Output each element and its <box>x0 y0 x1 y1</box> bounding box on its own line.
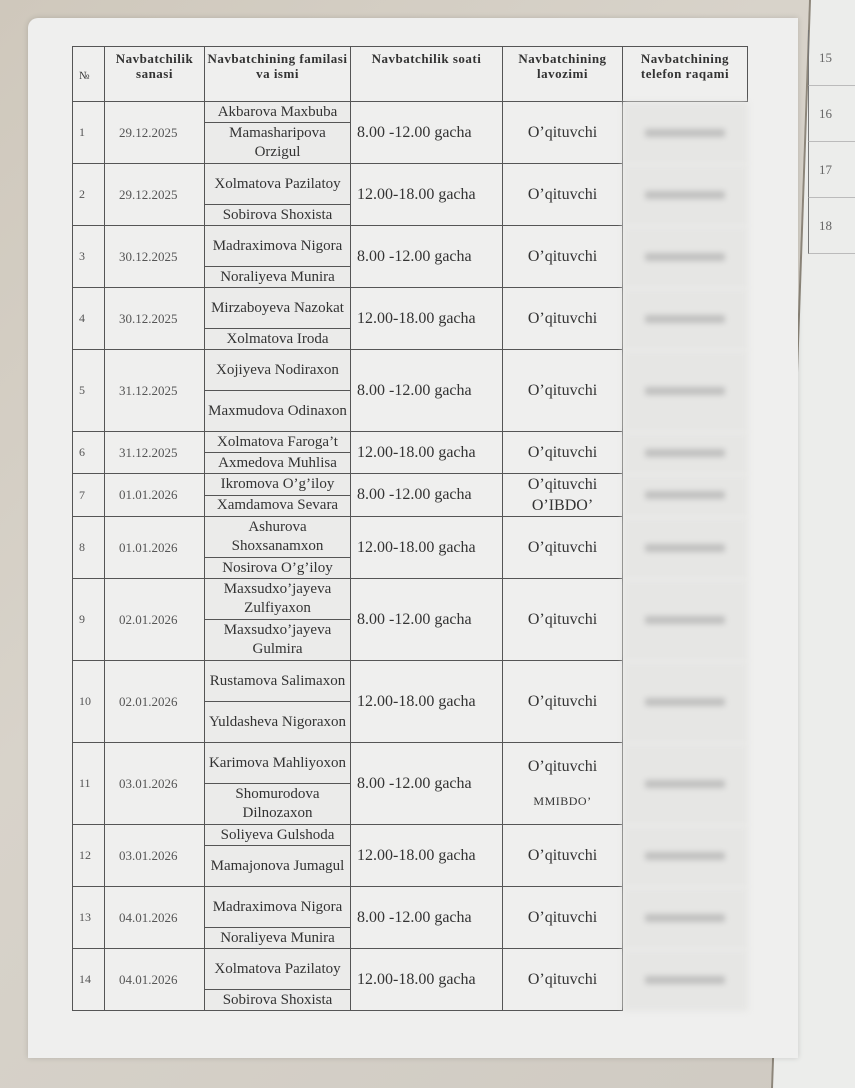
duty-hours: 8.00 -12.00 gacha <box>351 102 503 164</box>
duty-schedule-table: № Navbatchilik sanasi Navbatchining fami… <box>72 46 748 1011</box>
duty-date: 02.01.2026 <box>105 579 205 661</box>
duty-person-name: Sobirova Shoxista <box>205 990 351 1011</box>
table-row: 129.12.2025Akbarova Maxbuba8.00 -12.00 g… <box>73 102 748 123</box>
duty-hours: 8.00 -12.00 gacha <box>351 350 503 432</box>
duty-date: 04.01.2026 <box>105 949 205 1011</box>
duty-position: O’qituvchi <box>503 102 623 164</box>
duty-person-name: Noraliyeva Munira <box>205 267 351 288</box>
duty-person-name: Mirzaboyeva Nazokat <box>205 288 351 329</box>
table-row: 801.01.2026Ashurova Shoxsanamxon12.00-18… <box>73 517 748 558</box>
duty-person-name: Soliyeva Gulshoda <box>205 825 351 846</box>
phone-number-blurred <box>623 226 748 288</box>
duty-hours: 12.00-18.00 gacha <box>351 949 503 1011</box>
phone-number-blurred <box>623 350 748 432</box>
redacted-phone <box>645 780 725 788</box>
duty-person-name: Xolmatova Faroga’t <box>205 432 351 453</box>
table-row: 1103.01.2026Karimova Mahliyoxon8.00 -12.… <box>73 743 748 784</box>
duty-hours: 12.00-18.00 gacha <box>351 517 503 579</box>
duty-person-name: Xolmatova Iroda <box>205 329 351 350</box>
position-label: O’IBDO’ <box>505 495 620 516</box>
table-row: 1404.01.2026Xolmatova Pazilatoy12.00-18.… <box>73 949 748 990</box>
duty-person-name: Ashurova Shoxsanamxon <box>205 517 351 558</box>
duty-position: O’qituvchiO’IBDO’ <box>503 474 623 517</box>
redacted-phone <box>645 698 725 706</box>
redacted-phone <box>645 976 725 984</box>
duty-person-name: Mamasharipova Orzigul <box>205 123 351 164</box>
duty-hours: 8.00 -12.00 gacha <box>351 887 503 949</box>
back-row-number: 18 <box>808 198 855 254</box>
phone-number-blurred <box>623 949 748 1011</box>
table-row: 902.01.2026Maxsudxo’jayeva Zulfiyaxon8.0… <box>73 579 748 620</box>
duty-date: 30.12.2025 <box>105 288 205 350</box>
phone-number-blurred <box>623 102 748 164</box>
duty-date: 30.12.2025 <box>105 226 205 288</box>
row-number: 8 <box>73 517 105 579</box>
back-row-number: 17 <box>808 142 855 198</box>
position-label: O’qituvchi <box>505 845 620 866</box>
header-hours: Navbatchilik soati <box>351 47 503 102</box>
duty-person-name: Xamdamova Sevara <box>205 495 351 517</box>
redacted-phone <box>645 914 725 922</box>
back-row-number: 15 <box>808 30 855 86</box>
duty-person-name: Rustamova Salimaxon <box>205 661 351 702</box>
position-label: O’qituvchi <box>505 246 620 267</box>
position-label: O’qituvchi <box>505 380 620 401</box>
duty-position: O’qituvchi <box>503 887 623 949</box>
redacted-phone <box>645 387 725 395</box>
position-label: O’qituvchi <box>505 691 620 712</box>
row-number: 1 <box>73 102 105 164</box>
duty-position: O’qituvchiMMIBDO’ <box>503 743 623 825</box>
duty-position: O’qituvchi <box>503 825 623 887</box>
duty-person-name: Ikromova O’g’iloy <box>205 474 351 496</box>
redacted-phone <box>645 129 725 137</box>
position-label: O’qituvchi <box>505 474 620 495</box>
duty-person-name: Karimova Mahliyoxon <box>205 743 351 784</box>
position-label: O’qituvchi <box>505 969 620 990</box>
position-label: O’qituvchi <box>505 442 620 463</box>
row-number: 14 <box>73 949 105 1011</box>
duty-person-name: Maxsudxo’jayeva Zulfiyaxon <box>205 579 351 620</box>
duty-person-name: Shomurodova Dilnozaxon <box>205 784 351 825</box>
background-sheet-table: 15 16 17 18 <box>808 30 855 254</box>
table-row: 1203.01.2026Soliyeva Gulshoda12.00-18.00… <box>73 825 748 846</box>
position-label: O’qituvchi <box>505 537 620 558</box>
duty-hours: 8.00 -12.00 gacha <box>351 579 503 661</box>
duty-hours: 12.00-18.00 gacha <box>351 432 503 474</box>
duty-date: 31.12.2025 <box>105 432 205 474</box>
duty-person-name: Xolmatova Pazilatoy <box>205 949 351 990</box>
table-row: 631.12.2025Xolmatova Faroga’t12.00-18.00… <box>73 432 748 453</box>
redacted-phone <box>645 491 725 499</box>
table-row: 701.01.2026Ikromova O’g’iloy8.00 -12.00 … <box>73 474 748 496</box>
table-row: 330.12.2025Madraximova Nigora8.00 -12.00… <box>73 226 748 267</box>
duty-person-name: Yuldasheva Nigoraxon <box>205 702 351 743</box>
phone-number-blurred <box>623 661 748 743</box>
duty-position: O’qituvchi <box>503 517 623 579</box>
table-row: 1304.01.2026Madraximova Nigora8.00 -12.0… <box>73 887 748 928</box>
duty-person-name: Maxsudxo’jayeva Gulmira <box>205 620 351 661</box>
row-number: 4 <box>73 288 105 350</box>
table-row: 531.12.2025Xojiyeva Nodiraxon8.00 -12.00… <box>73 350 748 391</box>
duty-date: 29.12.2025 <box>105 164 205 226</box>
phone-number-blurred <box>623 517 748 579</box>
duty-position: O’qituvchi <box>503 350 623 432</box>
duty-hours: 8.00 -12.00 gacha <box>351 743 503 825</box>
table-header-row: № Navbatchilik sanasi Navbatchining fami… <box>73 47 748 102</box>
duty-hours: 12.00-18.00 gacha <box>351 288 503 350</box>
duty-person-name: Sobirova Shoxista <box>205 205 351 226</box>
duty-date: 04.01.2026 <box>105 887 205 949</box>
position-label: O’qituvchi <box>505 122 620 143</box>
phone-number-blurred <box>623 474 748 517</box>
duty-person-name: Xojiyeva Nodiraxon <box>205 350 351 391</box>
row-number: 11 <box>73 743 105 825</box>
duty-person-name: Axmedova Muhlisa <box>205 453 351 474</box>
phone-number-blurred <box>623 164 748 226</box>
duty-position: O’qituvchi <box>503 661 623 743</box>
phone-number-blurred <box>623 887 748 949</box>
row-number: 5 <box>73 350 105 432</box>
duty-date: 31.12.2025 <box>105 350 205 432</box>
duty-person-name: Nosirova O’g’iloy <box>205 558 351 579</box>
position-label: MMIBDO’ <box>505 791 620 812</box>
duty-position: O’qituvchi <box>503 288 623 350</box>
header-no: № <box>73 47 105 102</box>
header-name: Navbatchining familasi va ismi <box>205 47 351 102</box>
row-number: 7 <box>73 474 105 517</box>
phone-number-blurred <box>623 825 748 887</box>
phone-number-blurred <box>623 579 748 661</box>
row-number: 10 <box>73 661 105 743</box>
position-label: O’qituvchi <box>505 184 620 205</box>
redacted-phone <box>645 852 725 860</box>
redacted-phone <box>645 544 725 552</box>
duty-position: O’qituvchi <box>503 949 623 1011</box>
paper-sheet: № Navbatchilik sanasi Navbatchining fami… <box>28 18 798 1058</box>
redacted-phone <box>645 315 725 323</box>
redacted-phone <box>645 191 725 199</box>
position-label: O’qituvchi <box>505 308 620 329</box>
redacted-phone <box>645 449 725 457</box>
duty-person-name: Mamajonova Jumagul <box>205 846 351 887</box>
row-number: 3 <box>73 226 105 288</box>
duty-hours: 12.00-18.00 gacha <box>351 661 503 743</box>
phone-number-blurred <box>623 288 748 350</box>
duty-date: 01.01.2026 <box>105 517 205 579</box>
duty-person-name: Akbarova Maxbuba <box>205 102 351 123</box>
duty-person-name: Madraximova Nigora <box>205 887 351 928</box>
row-number: 12 <box>73 825 105 887</box>
table-row: 229.12.2025Xolmatova Pazilatoy12.00-18.0… <box>73 164 748 205</box>
table-row: 430.12.2025Mirzaboyeva Nazokat12.00-18.0… <box>73 288 748 329</box>
table-row: 1002.01.2026Rustamova Salimaxon12.00-18.… <box>73 661 748 702</box>
header-position: Navbatchining lavozimi <box>503 47 623 102</box>
duty-hours: 8.00 -12.00 gacha <box>351 226 503 288</box>
duty-hours: 12.00-18.00 gacha <box>351 825 503 887</box>
row-number: 13 <box>73 887 105 949</box>
duty-date: 03.01.2026 <box>105 743 205 825</box>
duty-date: 02.01.2026 <box>105 661 205 743</box>
header-date: Navbatchilik sanasi <box>105 47 205 102</box>
position-label: O’qituvchi <box>505 756 620 777</box>
duty-person-name: Maxmudova Odinaxon <box>205 391 351 432</box>
row-number: 2 <box>73 164 105 226</box>
duty-position: O’qituvchi <box>503 226 623 288</box>
header-phone: Navbatchining telefon raqami <box>623 47 748 102</box>
position-label: O’qituvchi <box>505 609 620 630</box>
duty-person-name: Noraliyeva Munira <box>205 928 351 949</box>
duty-hours: 12.00-18.00 gacha <box>351 164 503 226</box>
duty-date: 01.01.2026 <box>105 474 205 517</box>
duty-date: 29.12.2025 <box>105 102 205 164</box>
phone-number-blurred <box>623 432 748 474</box>
duty-hours: 8.00 -12.00 gacha <box>351 474 503 517</box>
redacted-phone <box>645 253 725 261</box>
duty-position: O’qituvchi <box>503 432 623 474</box>
row-number: 6 <box>73 432 105 474</box>
duty-person-name: Madraximova Nigora <box>205 226 351 267</box>
redacted-phone <box>645 616 725 624</box>
position-label: O’qituvchi <box>505 907 620 928</box>
duty-person-name: Xolmatova Pazilatoy <box>205 164 351 205</box>
row-number: 9 <box>73 579 105 661</box>
back-row-number: 16 <box>808 86 855 142</box>
duty-date: 03.01.2026 <box>105 825 205 887</box>
duty-position: O’qituvchi <box>503 164 623 226</box>
duty-position: O’qituvchi <box>503 579 623 661</box>
phone-number-blurred <box>623 743 748 825</box>
